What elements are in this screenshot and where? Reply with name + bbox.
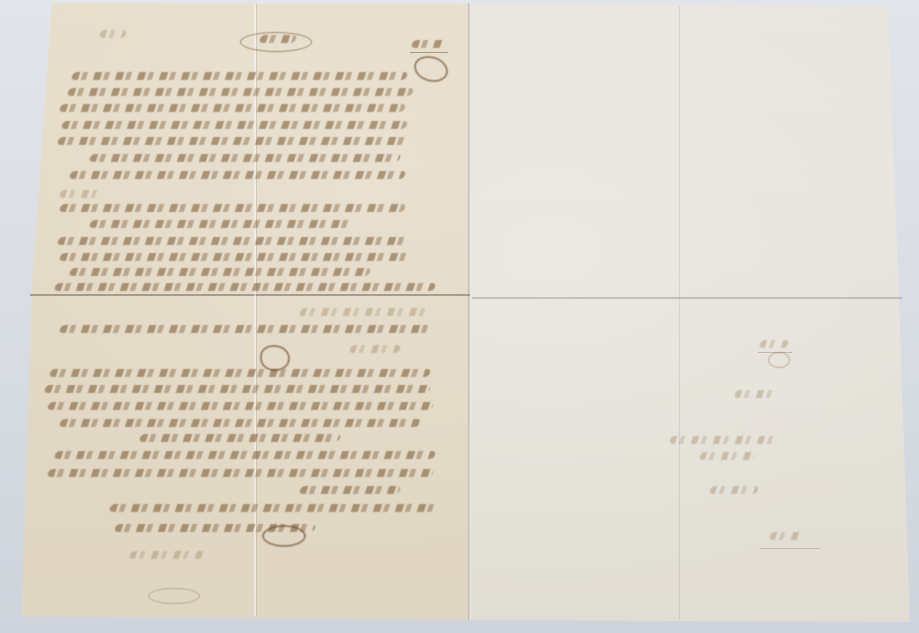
docket-bottom-rule <box>760 548 820 549</box>
signature-loop <box>262 525 306 547</box>
docket-line-5 <box>769 532 804 540</box>
top-center-word <box>259 35 298 43</box>
vertical-fold-right <box>679 6 680 620</box>
horizontal-fold-right <box>472 297 902 299</box>
docket-line-1 <box>734 390 779 398</box>
number-underline <box>410 52 448 53</box>
docket-line-4 <box>709 486 760 494</box>
mid-flourish <box>260 345 290 371</box>
docket-line-2 <box>669 436 780 444</box>
docket-line-3 <box>699 452 757 460</box>
center-gutter-fold <box>468 3 471 621</box>
top-right-number <box>411 40 446 48</box>
signature-flourish <box>148 588 200 604</box>
signature <box>129 551 207 559</box>
docket-flourish <box>768 352 790 368</box>
docket-number <box>759 340 790 348</box>
top-left-mark <box>99 30 128 38</box>
horizontal-fold-left <box>30 294 470 296</box>
